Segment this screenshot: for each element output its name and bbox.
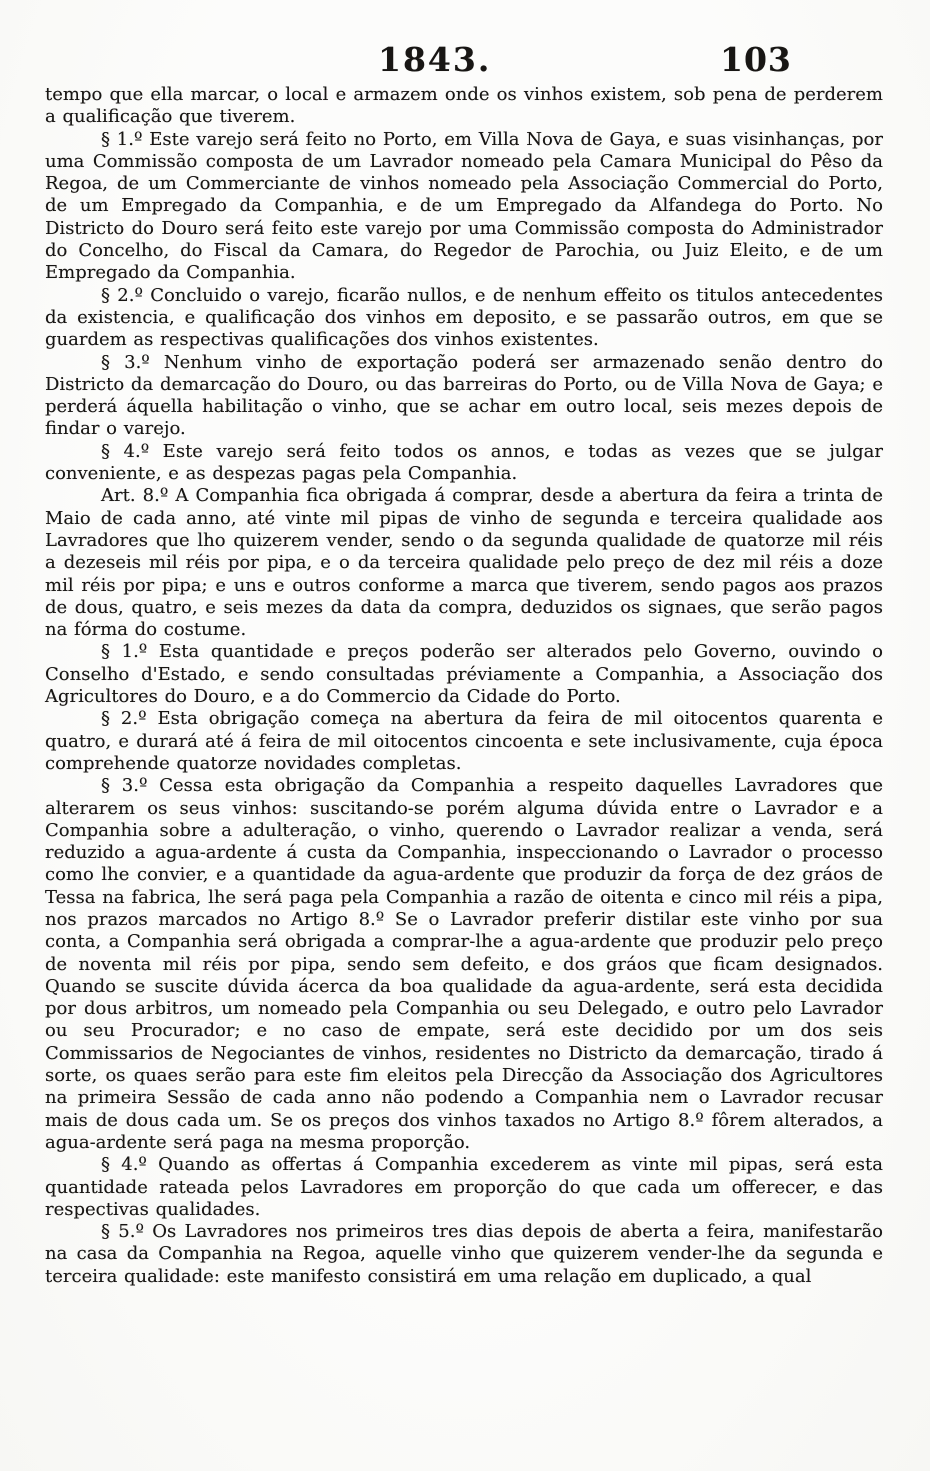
paragraph-art8-section-1: § 1.º Esta quantidade e preços poderão s… bbox=[45, 641, 883, 708]
page-number: 103 bbox=[720, 40, 792, 79]
paragraph-section-2: § 2.º Concluido o varejo, ficarão nullos… bbox=[45, 285, 883, 352]
paragraph-section-4: § 4.º Este varejo será feito todos os an… bbox=[45, 441, 883, 486]
year-heading: 1843. bbox=[378, 40, 491, 79]
paragraph-art8-section-3: § 3.º Cessa esta obrigação da Companhia … bbox=[45, 775, 883, 1154]
paragraph-article-8: Art. 8.º A Companhia fica obrigada á com… bbox=[45, 485, 883, 641]
paragraph-section-3: § 3.º Nenhum vinho de exportação poderá … bbox=[45, 352, 883, 441]
document-page: 1843. 103 tempo que ella marcar, o local… bbox=[0, 0, 930, 1471]
paragraph-continuation: tempo que ella marcar, o local e armazem… bbox=[45, 84, 883, 129]
paragraph-art8-section-5: § 5.º Os Lavradores nos primeiros tres d… bbox=[45, 1221, 883, 1288]
paragraph-section-1: § 1.º Este varejo será feito no Porto, e… bbox=[45, 129, 883, 285]
paragraph-art8-section-4: § 4.º Quando as offertas á Companhia exc… bbox=[45, 1154, 883, 1221]
document-body: tempo que ella marcar, o local e armazem… bbox=[45, 84, 883, 1288]
paragraph-art8-section-2: § 2.º Esta obrigação começa na abertura … bbox=[45, 708, 883, 775]
